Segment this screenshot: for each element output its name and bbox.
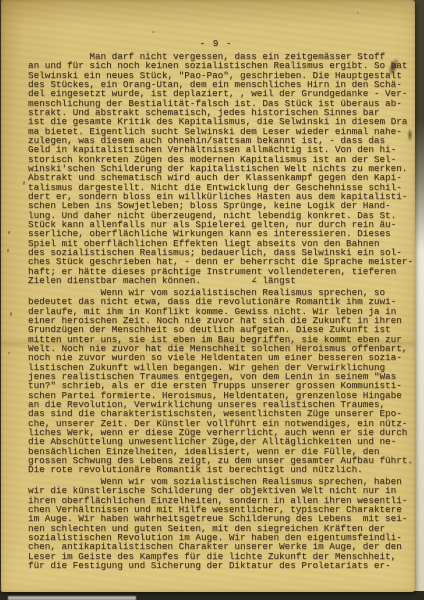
margin-mark bbox=[23, 181, 26, 185]
paragraph-1: Man darf nicht vergessen, dass ein zeitg… bbox=[28, 52, 416, 285]
paragraph-2: Wenn wir vom sozialistischen Realismus s… bbox=[28, 288, 416, 475]
ink-smudge bbox=[407, 128, 413, 142]
surface-below-page bbox=[8, 596, 136, 600]
paper-speck bbox=[152, 31, 155, 33]
document-page: - 9 - Man darf nicht vergessen, dass ein… bbox=[1, 0, 415, 592]
page-number: - 9 - bbox=[161, 38, 271, 49]
paragraph-3: Wenn wir vom sozialistischen Realismus s… bbox=[28, 477, 416, 570]
paper-speck bbox=[357, 12, 359, 14]
margin-mark bbox=[8, 231, 10, 234]
margin-mark bbox=[8, 352, 10, 354]
margin-mark bbox=[10, 312, 12, 316]
document-photo: - 9 - Man darf nicht vergessen, dass ein… bbox=[0, 0, 424, 600]
margin-mark bbox=[7, 249, 9, 252]
